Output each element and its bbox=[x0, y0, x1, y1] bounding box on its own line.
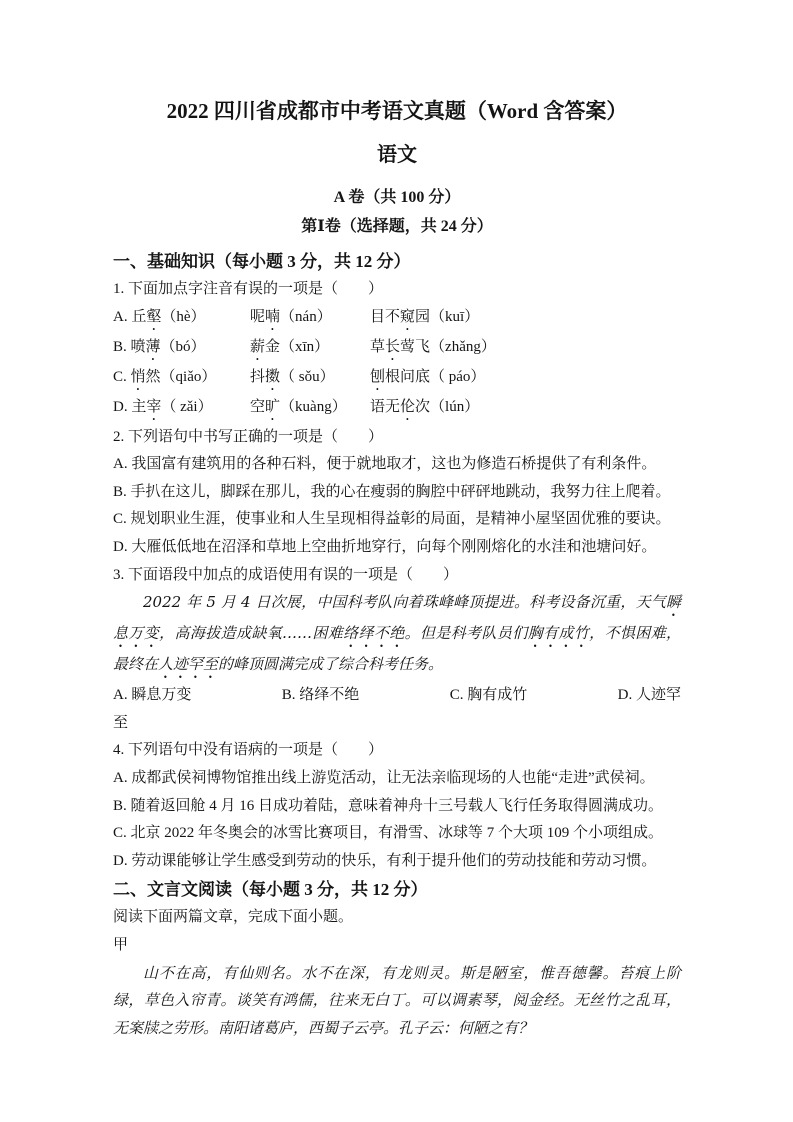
q1-d-term-1: D. 主宰（ zǎi） bbox=[113, 394, 250, 424]
q1-option-row-d: D. 主宰（ zǎi） 空旷（kuàng） 语无伦次（lún） bbox=[113, 394, 681, 424]
passage-jia-text: 山不在高，有仙则名。水不在深，有龙则灵。斯是陋室，惟吾德馨。苔痕上阶绿，草色入帘… bbox=[113, 960, 681, 1043]
volume-heading: A 卷（共 100 分） bbox=[113, 183, 681, 212]
q1-d-term-2: 空旷（kuàng） bbox=[250, 394, 370, 424]
q1-c-term-2: 抖擞（ sǒu） bbox=[250, 364, 370, 394]
q2-option-d: D. 大雁低低地在沼泽和草地上空曲折地穿行，向每个刚刚熔化的水洼和池塘问好。 bbox=[113, 534, 681, 562]
passage-jia-label: 甲 bbox=[113, 932, 681, 960]
section-one-heading: 一、基础知识（每小题 3 分，共 12 分） bbox=[113, 247, 681, 276]
q3-option-d-wrap: 至 bbox=[113, 710, 681, 738]
q3-stem: 3. 下面语段中加点的成语使用有误的一项是（ ） bbox=[113, 562, 681, 590]
q1-stem: 1. 下面加点字注音有误的一项是（ ） bbox=[113, 276, 681, 304]
part-heading: 第Ⅰ卷（选择题，共 24 分） bbox=[113, 212, 681, 241]
subject-title: 语文 bbox=[113, 140, 681, 170]
q1-a-term-3: 目不窥园（kuī） bbox=[370, 304, 681, 334]
q3-option-a: A. 瞬息万变 bbox=[113, 682, 191, 710]
q1-a-term-2: 呢喃（nán） bbox=[250, 304, 370, 334]
q2-option-c: C. 规划职业生涯，使事业和人生呈现相得益彰的局面，是精神小屋坚固优雅的要诀。 bbox=[113, 506, 681, 534]
q1-b-term-2: 薪金（xīn） bbox=[250, 334, 370, 364]
q1-b-term-3: 草长莺飞（zhǎng） bbox=[370, 334, 681, 364]
document-page: 2022 四川省成都市中考语文真题（Word 含答案） 语文 A 卷（共 100… bbox=[0, 0, 793, 1122]
q2-stem: 2. 下列语句中书写正确的一项是（ ） bbox=[113, 424, 681, 452]
q4-stem: 4. 下列语句中没有语病的一项是（ ） bbox=[113, 737, 681, 765]
q4-option-a: A. 成都武侯祠博物馆推出线上游览活动，让无法亲临现场的人也能“走进”武侯祠。 bbox=[113, 765, 681, 793]
q2-option-b: B. 手扒在这儿，脚踩在那儿，我的心在瘦弱的胸腔中砰砰地跳动，我努力往上爬着。 bbox=[113, 479, 681, 507]
q1-c-term-1: C. 悄然（qiǎo） bbox=[113, 364, 250, 394]
q4-option-c: C. 北京 2022 年冬奥会的冰雪比赛项目，有滑雪、冰球等 7 个大项 109… bbox=[113, 820, 681, 848]
q3-passage: 2022 年 5 月 4 日次展，中国科考队向着珠峰峰顶提进。科考设备沉重，天气… bbox=[113, 589, 681, 682]
q1-d-term-3: 语无伦次（lún） bbox=[370, 394, 681, 424]
q1-option-row-b: B. 喷薄（bó） 薪金（xīn） 草长莺飞（zhǎng） bbox=[113, 334, 681, 364]
q3-option-d: D. 人迹罕 bbox=[618, 682, 681, 710]
q3-options-row: A. 瞬息万变 B. 络绎不绝 C. 胸有成竹 D. 人迹罕 bbox=[113, 682, 681, 710]
page-content: 2022 四川省成都市中考语文真题（Word 含答案） 语文 A 卷（共 100… bbox=[113, 96, 681, 1042]
section-two-heading: 二、文言文阅读（每小题 3 分，共 12 分） bbox=[113, 875, 681, 904]
q1-option-row-c: C. 悄然（qiǎo） 抖擞（ sǒu） 刨根问底（ páo） bbox=[113, 364, 681, 394]
q1-b-term-1: B. 喷薄（bó） bbox=[113, 334, 250, 364]
q3-option-c: C. 胸有成竹 bbox=[450, 682, 528, 710]
q1-option-row-a: A. 丘壑（hè） 呢喃（nán） 目不窥园（kuī） bbox=[113, 304, 681, 334]
doc-title: 2022 四川省成都市中考语文真题（Word 含答案） bbox=[113, 96, 681, 126]
q4-option-d: D. 劳动课能够让学生感受到劳动的快乐，有利于提升他们的劳动技能和劳动习惯。 bbox=[113, 848, 681, 876]
q1-c-term-3: 刨根问底（ páo） bbox=[370, 364, 681, 394]
reading-intro: 阅读下面两篇文章，完成下面小题。 bbox=[113, 904, 681, 932]
q3-option-b: B. 络绎不绝 bbox=[282, 682, 360, 710]
q1-a-term-1: A. 丘壑（hè） bbox=[113, 304, 250, 334]
q4-option-b: B. 随着返回舱 4 月 16 日成功着陆，意味着神舟十三号载人飞行任务取得圆满… bbox=[113, 793, 681, 821]
q2-option-a: A. 我国富有建筑用的各种石料，便于就地取才，这也为修造石桥提供了有利条件。 bbox=[113, 451, 681, 479]
